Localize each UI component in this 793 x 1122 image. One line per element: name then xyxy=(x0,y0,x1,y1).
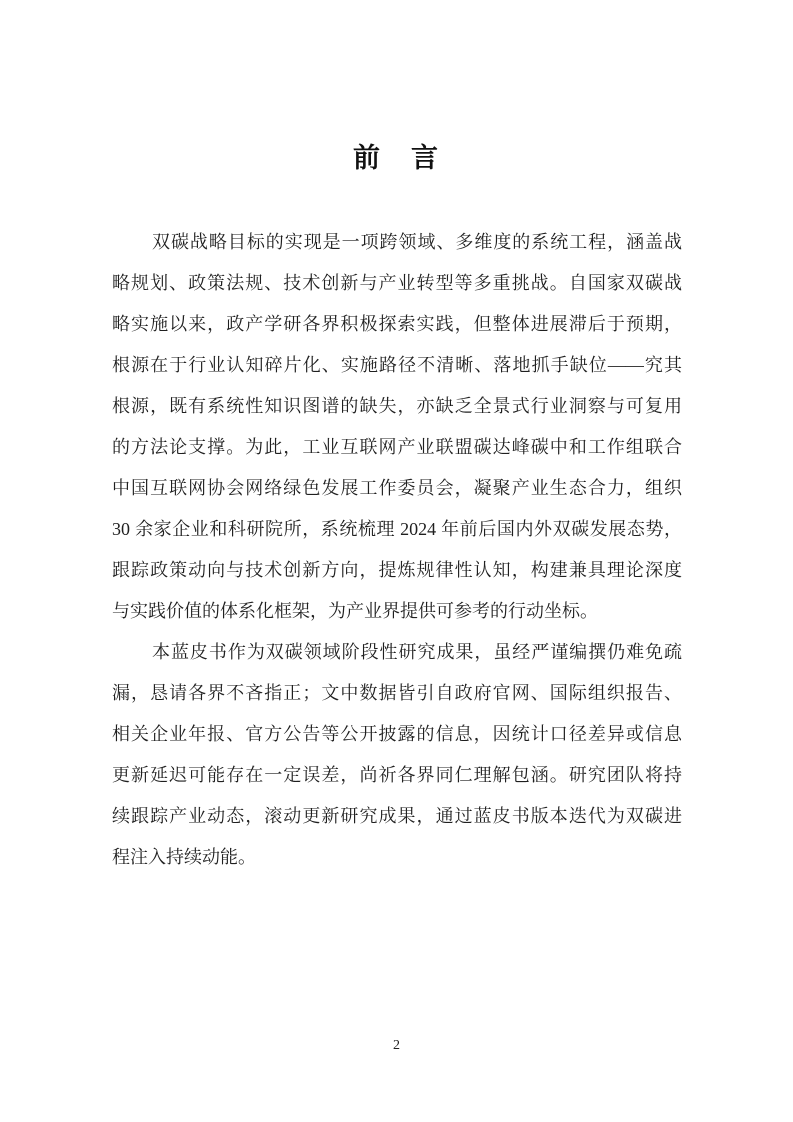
document-body: 双碳战略目标的实现是一项跨领域、多维度的系统工程，涵盖战略规划、政策法规、技术创… xyxy=(112,222,682,878)
text-line-p2-l1: 本蓝皮书作为双碳领域阶段性研究成果，虽经严谨编撰仍难免疏 xyxy=(112,632,682,673)
page-footer: 2 xyxy=(0,1036,793,1054)
text-line-p2-l6: 程注入持续动能。 xyxy=(112,837,682,878)
text-line-p1-l4: 根源在于行业认知碎片化、实施路径不清晰、落地抓手缺位——究其 xyxy=(112,345,682,386)
text-line-p1-l8: 30 余家企业和科研院所，系统梳理 2024 年前后国内外双碳发展态势， xyxy=(112,509,682,550)
text-line-p1-l7: 中国互联网协会网络绿色发展工作委员会，凝聚产业生态合力，组织 xyxy=(112,468,682,509)
text-line-p1-l3: 略实施以来，政产学研各界积极探索实践，但整体进展滞后于预期， xyxy=(112,304,682,345)
text-line-p2-l4: 更新延迟可能存在一定误差，尚祈各界同仁理解包涵。研究团队将持 xyxy=(112,755,682,796)
text-line-p1-l6: 的方法论支撑。为此，工业互联网产业联盟碳达峰碳中和工作组联合 xyxy=(112,427,682,468)
text-line-p2-l5: 续跟踪产业动态，滚动更新研究成果，通过蓝皮书版本迭代为双碳进 xyxy=(112,796,682,837)
page-title: 前 言 xyxy=(0,136,793,175)
text-line-p2-l3: 相关企业年报、官方公告等公开披露的信息，因统计口径差异或信息 xyxy=(112,714,682,755)
text-line-p1-l10: 与实践价值的体系化框架，为产业界提供可参考的行动坐标。 xyxy=(112,591,682,632)
text-line-p1-l5: 根源，既有系统性知识图谱的缺失，亦缺乏全景式行业洞察与可复用 xyxy=(112,386,682,427)
text-line-p1-l2: 略规划、政策法规、技术创新与产业转型等多重挑战。自国家双碳战 xyxy=(112,263,682,304)
text-line-p1-l9: 跟踪政策动向与技术创新方向，提炼规律性认知，构建兼具理论深度 xyxy=(112,550,682,591)
text-line-p2-l2: 漏，恳请各界不吝指正；文中数据皆引自政府官网、国际组织报告、 xyxy=(112,673,682,714)
text-line-p1-l1: 双碳战略目标的实现是一项跨领域、多维度的系统工程，涵盖战 xyxy=(112,222,682,263)
document-page: 前 言 双碳战略目标的实现是一项跨领域、多维度的系统工程，涵盖战略规划、政策法规… xyxy=(0,0,793,1122)
page-number: 2 xyxy=(393,1038,400,1053)
